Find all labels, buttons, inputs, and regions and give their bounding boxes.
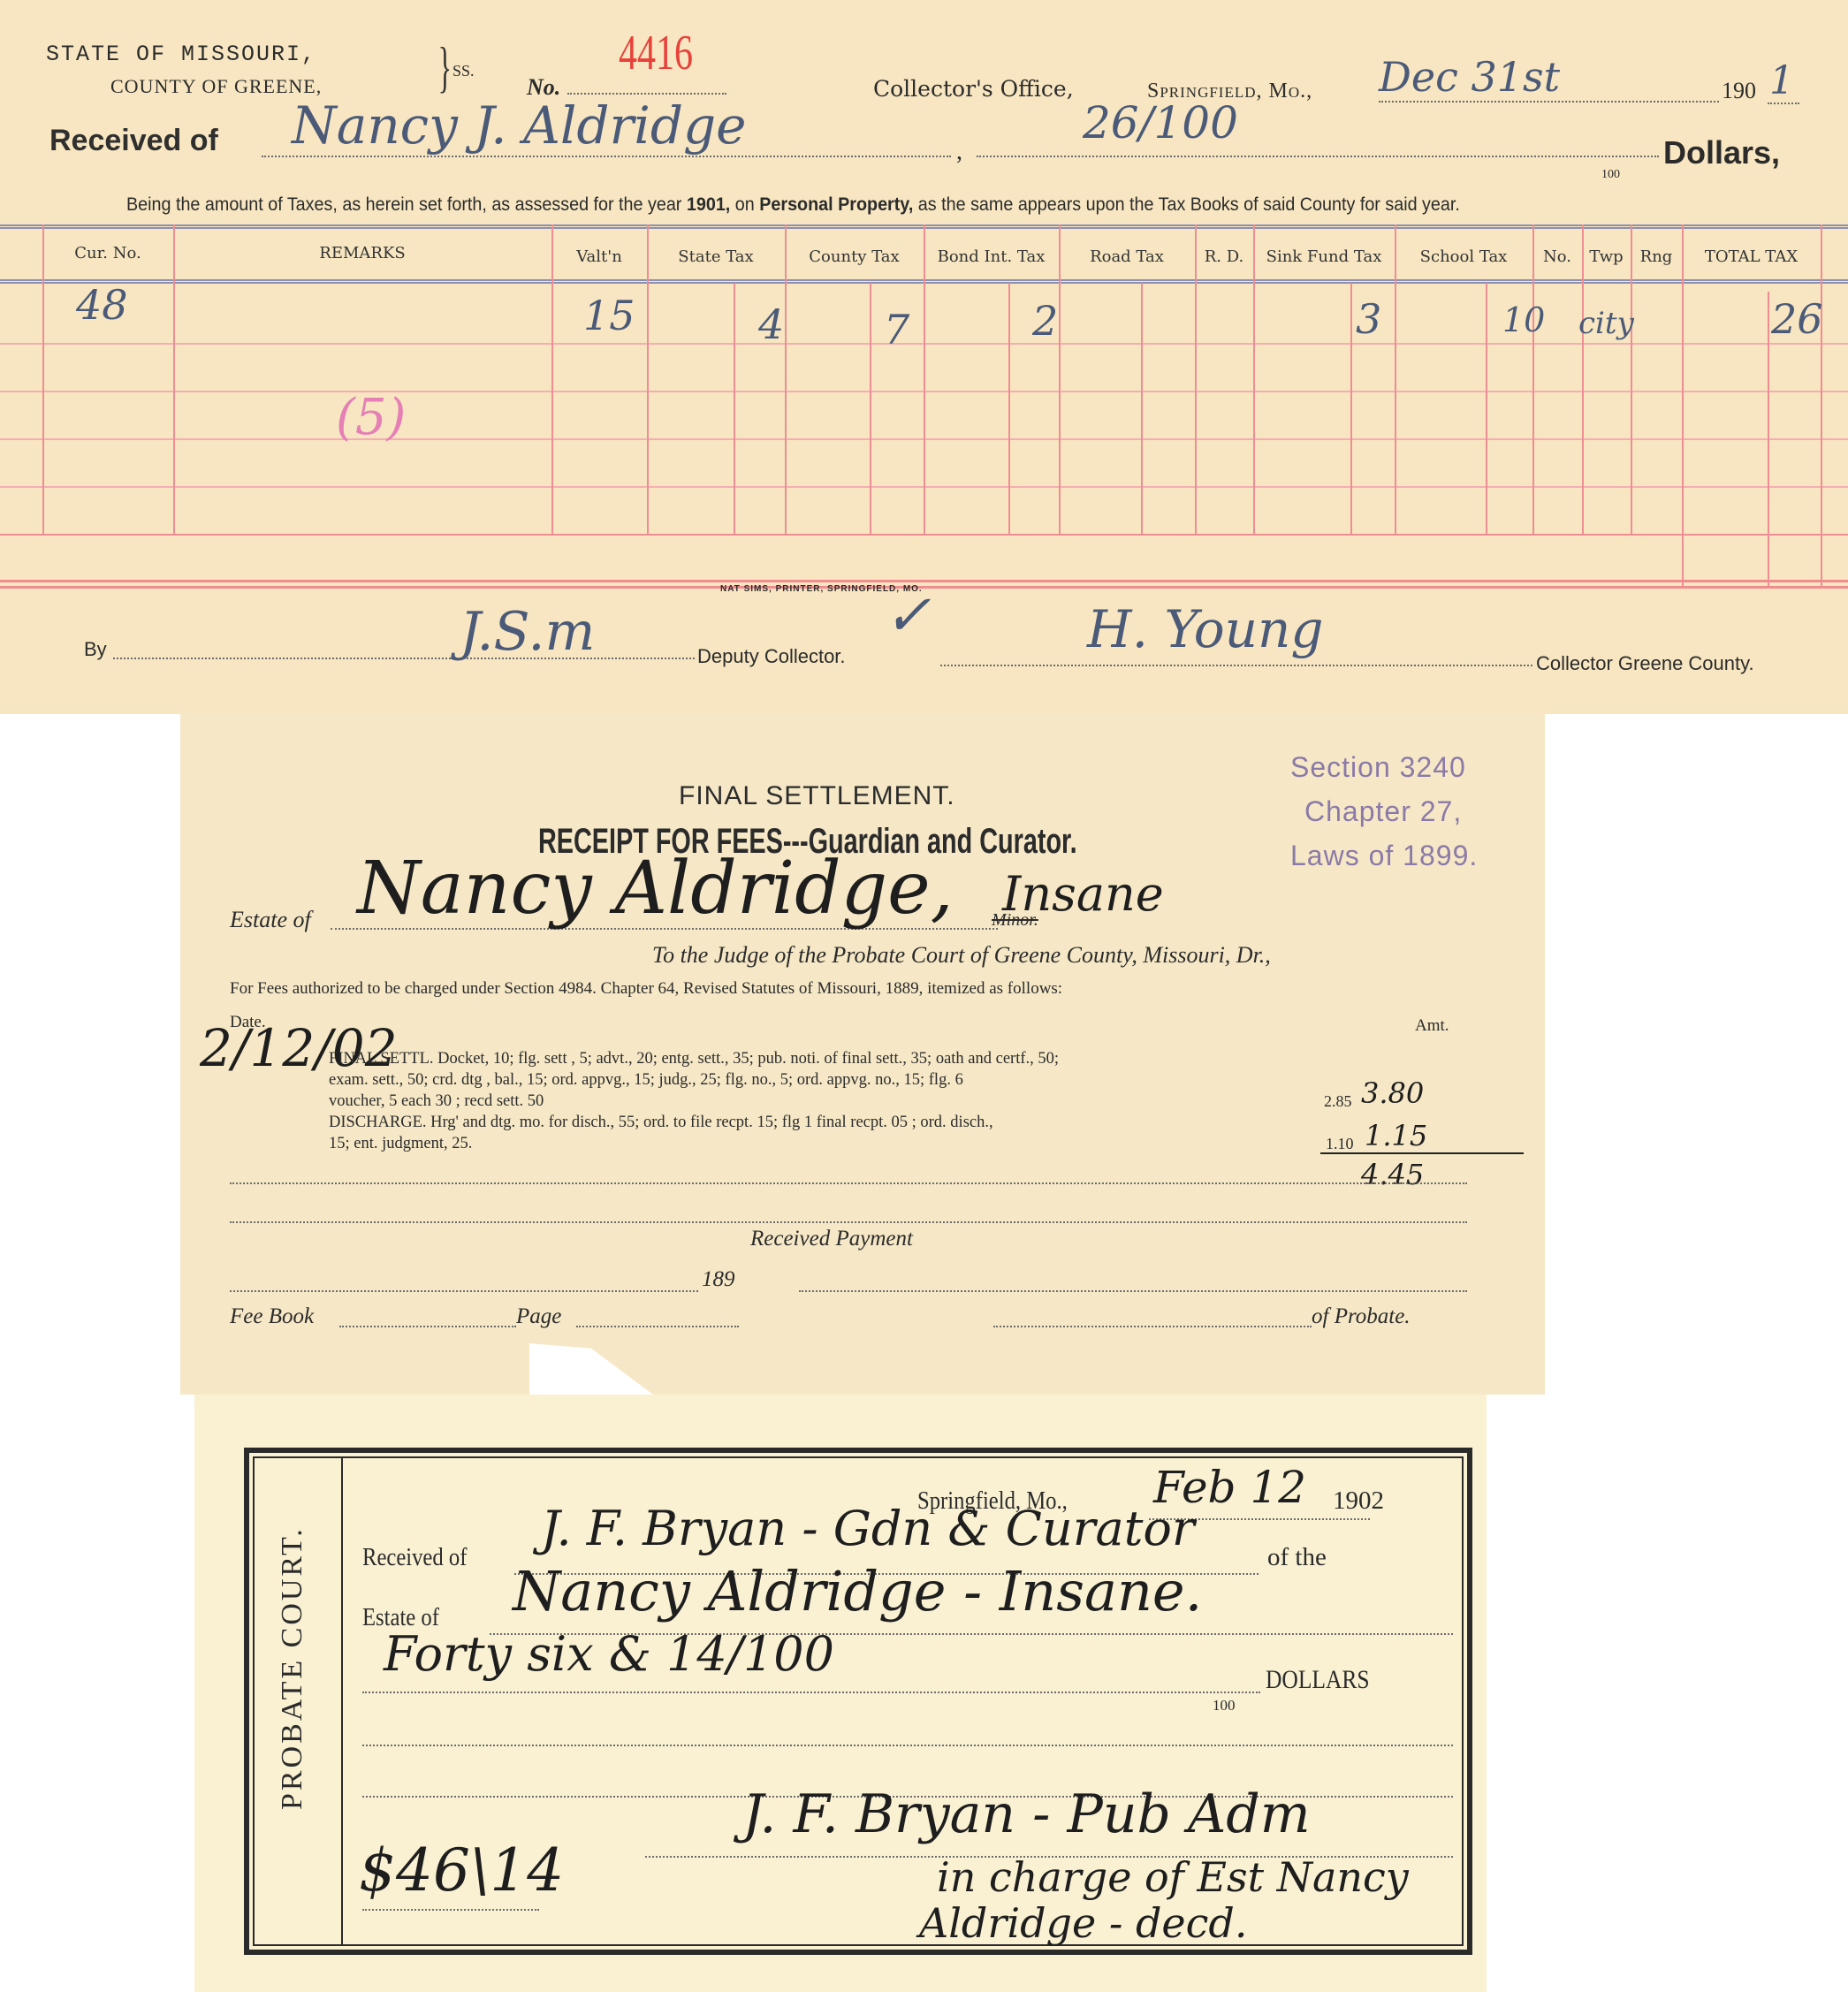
stamp-chapter: Chapter 27, xyxy=(1304,795,1462,828)
amount-handwritten: $46\14 xyxy=(359,1836,564,1905)
amount-column-label: Amt. xyxy=(1415,1016,1449,1036)
col-header-remarks: REMARKS xyxy=(173,244,551,262)
final-settlement-receipt: FINAL SETTLEMENT. RECEIPT FOR FEES---Gua… xyxy=(180,714,1545,1395)
receipt-number: 4416 xyxy=(619,25,693,81)
description-property: Personal Property, xyxy=(759,194,913,215)
tax-receipt: STATE OF MISSOURI, COUNTY OF GREENE, } S… xyxy=(0,0,1848,714)
no-field-line xyxy=(567,93,726,95)
deputy-collector-label: Deputy Collector. xyxy=(697,645,846,668)
total-handwritten: 4.45 xyxy=(1361,1158,1424,1191)
side-title: PROBATE COURT. xyxy=(276,1509,309,1810)
col-header-county-tax: County Tax xyxy=(785,247,924,266)
payment-signature-line xyxy=(799,1290,1467,1292)
estate-handwritten: Nancy Aldridge, xyxy=(357,847,954,931)
column-rule xyxy=(1350,283,1352,534)
column-rule xyxy=(647,224,649,534)
payer-handwritten: Nancy J. Aldridge xyxy=(292,95,746,156)
side-divider xyxy=(341,1458,343,1944)
column-rule xyxy=(1253,224,1255,534)
cell-state-tax: 4 xyxy=(758,300,784,348)
column-rule xyxy=(1059,224,1061,534)
signature-note-line: in charge of Est Nancy xyxy=(937,1854,1409,1900)
blank-line xyxy=(362,1745,1453,1746)
column-rule xyxy=(734,283,735,534)
signature-note-line: Aldridge - decd. xyxy=(919,1900,1409,1946)
by-label: By xyxy=(84,638,107,661)
estate-label: Estate of xyxy=(230,907,311,933)
column-rule xyxy=(1395,224,1396,534)
col-header-state-tax: State Tax xyxy=(647,247,785,266)
fee-book-line xyxy=(339,1326,516,1327)
description-text: Being the amount of Taxes, as herein set… xyxy=(126,194,681,215)
signature-handwritten: J. F. Bryan - Pub Adm xyxy=(742,1783,1311,1845)
sum-rule xyxy=(1320,1152,1524,1154)
handwritten-amount: 3.80 xyxy=(1361,1076,1424,1110)
column-rule xyxy=(1141,283,1143,534)
dollars-label: Dollars, xyxy=(1663,134,1780,171)
date-field-line xyxy=(1379,101,1719,103)
comma-glyph: , xyxy=(956,138,962,166)
amount-words-handwritten: Forty six & 14/100 xyxy=(384,1626,834,1682)
column-rule xyxy=(173,224,175,534)
col-header-bond-int-tax: Bond Int. Tax xyxy=(924,247,1059,266)
col-header-no: No. xyxy=(1532,247,1582,266)
amount-field-line xyxy=(362,1909,539,1911)
column-rule xyxy=(42,224,44,534)
cell-remarks: (5) xyxy=(336,389,406,446)
check-mark-icon: ✓ xyxy=(884,583,932,649)
column-rule xyxy=(1768,292,1769,587)
col-header-rd: R. D. xyxy=(1195,247,1253,266)
column-rule xyxy=(1821,224,1822,587)
fee-item-line: FINAL SETTL. Docket, 10; flg. sett , 5; … xyxy=(329,1048,1059,1069)
year-label: 1902 xyxy=(1333,1486,1384,1516)
signature-note: in charge of Est Nancy Aldridge - decd. xyxy=(937,1854,1409,1946)
description-text-end: as the same appears upon the Tax Books o… xyxy=(918,194,1460,215)
collector-signature: H. Young xyxy=(1087,599,1323,659)
blank-line xyxy=(230,1182,1467,1184)
handwritten-amount: 1.15 xyxy=(1365,1119,1427,1152)
payment-date-line xyxy=(230,1290,698,1292)
fee-item-line: exam. sett., 50; crd. dtg , bal., 15; or… xyxy=(329,1069,963,1091)
cell-twp: city xyxy=(1578,306,1634,341)
printed-amount: 1.10 xyxy=(1326,1135,1354,1153)
stamp-laws: Laws of 1899. xyxy=(1290,840,1478,872)
column-rule xyxy=(1582,224,1584,534)
page-label: Page xyxy=(516,1304,561,1329)
authority-line: For Fees authorized to be charged under … xyxy=(230,979,1062,999)
collector-office-label: Collector's Office, xyxy=(873,76,1074,102)
amount-handwritten: 26/100 xyxy=(1083,97,1238,148)
col-header-valuation: Valt'n xyxy=(551,247,647,266)
column-rule xyxy=(1682,224,1684,587)
deputy-signature: J.S.m xyxy=(460,601,595,663)
blank-line xyxy=(230,1221,1467,1223)
column-rule xyxy=(924,224,925,534)
description-year: 1901, xyxy=(687,194,730,215)
printed-amount: 2.85 xyxy=(1324,1092,1352,1111)
cell-sink-fund-tax: 3 xyxy=(1356,295,1381,343)
received-payment-label: Received Payment xyxy=(750,1227,913,1251)
tax-description: Being the amount of Taxes, as herein set… xyxy=(126,194,1460,216)
cell-total-tax: 26 xyxy=(1771,295,1823,343)
state-heading: STATE OF MISSOURI, xyxy=(46,42,316,67)
received-of-label: Received of xyxy=(49,124,218,158)
torn-corner xyxy=(529,1343,653,1395)
county-heading: COUNTY OF GREENE, xyxy=(110,75,322,98)
payer-field-line xyxy=(262,156,951,157)
fee-item-line: 15; ent. judgment, 25. xyxy=(329,1133,472,1154)
date-handwritten: Dec 31st xyxy=(1379,53,1560,101)
col-header-total-tax: TOTAL TAX xyxy=(1682,247,1821,266)
form-title: FINAL SETTLEMENT. xyxy=(679,781,955,811)
collector-label: Collector Greene County. xyxy=(1536,652,1754,675)
of-the-label: of the xyxy=(1267,1543,1327,1572)
ss-label: SS. xyxy=(452,62,475,80)
cell-county-tax: 7 xyxy=(884,306,909,354)
col-header-sink-fund-tax: Sink Fund Tax xyxy=(1253,247,1395,266)
col-header-road-tax: Road Tax xyxy=(1059,247,1195,266)
hundred-label: 100 xyxy=(1601,168,1620,182)
of-probate-label: of Probate. xyxy=(1312,1304,1411,1329)
received-of-label: Received of xyxy=(362,1543,467,1572)
page-line xyxy=(576,1326,739,1327)
cell-school-tax: 10 xyxy=(1502,300,1545,339)
description-on: on xyxy=(735,194,755,215)
year-handwritten: 1 xyxy=(1769,58,1794,103)
column-rule xyxy=(1532,224,1534,534)
payer-handwritten: J. F. Bryan - Gdn & Curator xyxy=(541,1501,1195,1556)
hundred-label: 100 xyxy=(1213,1697,1236,1714)
fee-item-line: voucher, 5 each 30 ; recd sett. 50 xyxy=(329,1091,544,1112)
judge-line: To the Judge of the Probate Court of Gre… xyxy=(652,942,1271,969)
stamp-section: Section 3240 xyxy=(1290,751,1466,784)
fee-book-label: Fee Book xyxy=(230,1304,314,1329)
probate-court-receipt: PROBATE COURT. Springfield, Mo., Feb 12 … xyxy=(194,1395,1487,1992)
col-header-school-tax: School Tax xyxy=(1395,247,1532,266)
deputy-signature-line xyxy=(113,658,695,659)
col-header-rng: Rng xyxy=(1631,247,1682,266)
probate-line xyxy=(993,1326,1312,1327)
amount-words-line xyxy=(362,1692,1260,1693)
column-rule xyxy=(1195,224,1197,534)
cell-bond-int-tax: 2 xyxy=(1032,297,1058,345)
dollars-label: DOLLARS xyxy=(1266,1665,1370,1695)
year-printed: 190 xyxy=(1722,78,1756,104)
cell-valuation: 15 xyxy=(583,292,635,339)
insane-handwritten: Insane xyxy=(1002,866,1164,922)
collector-signature-line xyxy=(940,665,1532,666)
amount-field-line xyxy=(977,156,1659,157)
fee-item-line: DISCHARGE. Hrg' and dtg. mo. for disch.,… xyxy=(329,1112,993,1133)
year-field-line xyxy=(1768,103,1799,104)
date-handwritten: 2/12/02 xyxy=(200,1023,288,1073)
column-rule xyxy=(785,224,787,534)
column-rule xyxy=(1486,283,1487,534)
col-header-twp: Twp xyxy=(1582,247,1631,266)
column-rule xyxy=(551,224,553,534)
column-rule xyxy=(1631,224,1632,534)
estate-handwritten: Nancy Aldridge - Insane. xyxy=(513,1559,1202,1623)
brace-glyph: } xyxy=(438,39,452,95)
column-rule xyxy=(1008,283,1010,534)
column-rule xyxy=(870,283,871,534)
row-rule xyxy=(0,534,1848,536)
year-prefix: 189 xyxy=(702,1267,735,1292)
col-header-cur-no: Cur. No. xyxy=(42,244,173,262)
cell-cur-no: 48 xyxy=(76,281,128,329)
